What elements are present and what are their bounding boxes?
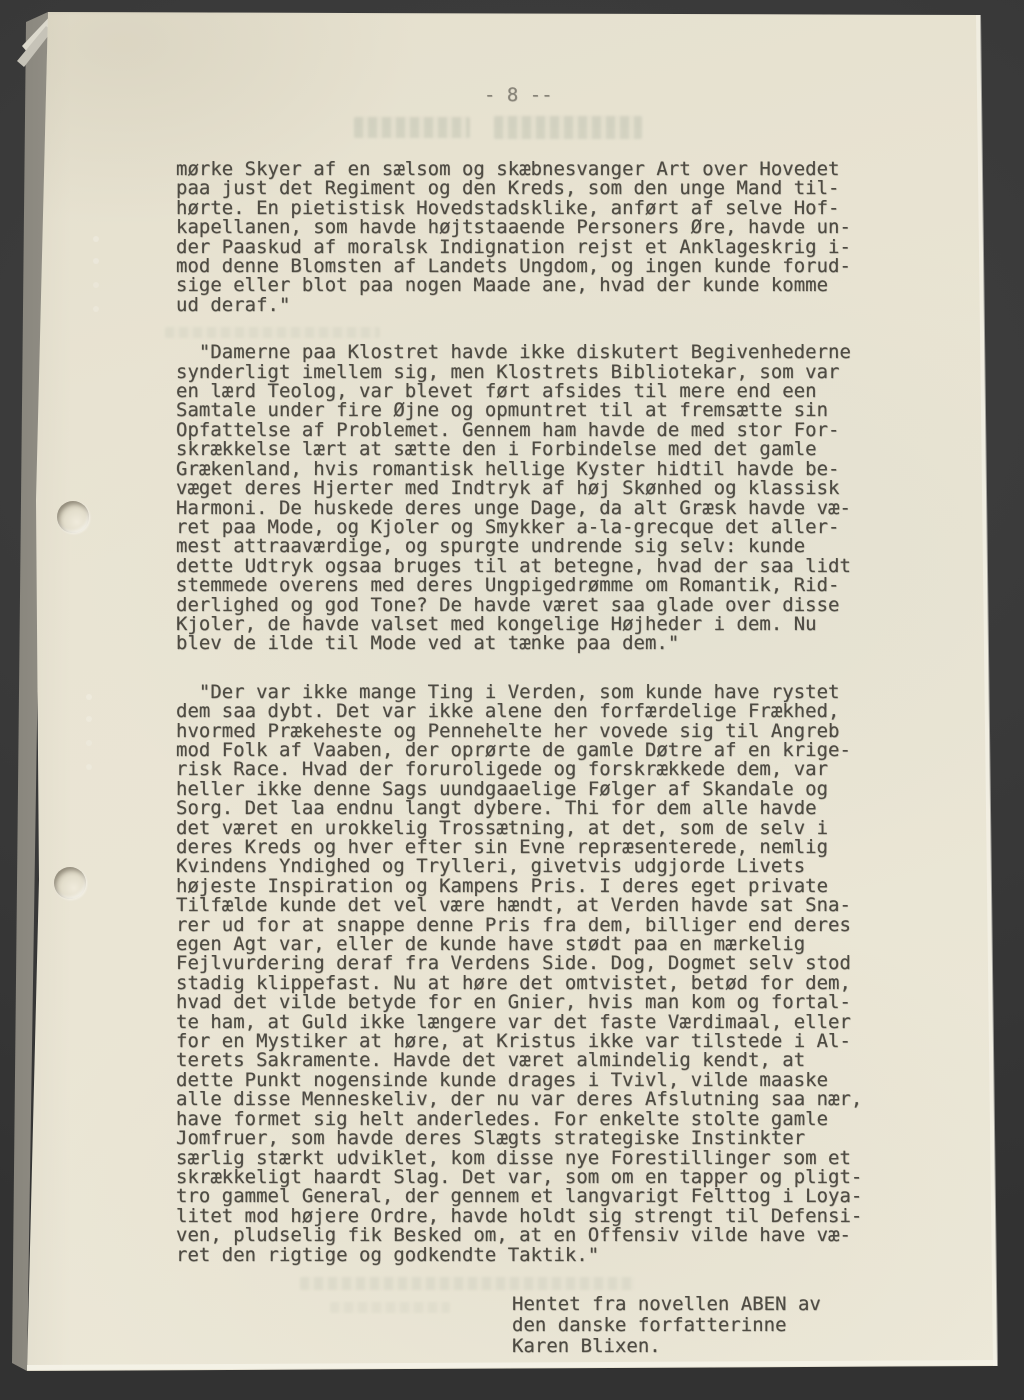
punch-hole-top — [57, 501, 89, 533]
text-line: alle disse Menneskeliv, der nu var deres… — [176, 1090, 862, 1109]
text-line: ven, pludselig fik Besked om, at en Offe… — [176, 1226, 862, 1245]
attribution: Hentet fra novellen ABEN avden danske fo… — [512, 1294, 821, 1357]
text-line: Harmoni. De huskede deres unge Dage, da … — [176, 499, 862, 518]
text-line: hvad det vilde betyde for en Gnier, hvis… — [176, 993, 862, 1012]
punch-hole-bottom — [54, 867, 86, 899]
text-line: Jomfruer, som havde deres Slægts strateg… — [176, 1129, 862, 1148]
text-line: skrækkelse lært at sætte den i Forbindel… — [176, 440, 862, 459]
text-line: Sorg. Det laa endnu langt dybere. Thi fo… — [176, 799, 862, 818]
bleedthrough-heading-right — [494, 116, 642, 139]
page-number: - 8 -- — [484, 85, 553, 105]
text-line: ret den rigtige og godkendte Taktik." — [176, 1246, 862, 1265]
emboss-marks-upper — [93, 236, 99, 242]
text-line: mest attraaværdige, og spurgte undrende … — [176, 537, 862, 556]
text-line: risk Race. Hvad der foruroligede og fors… — [176, 760, 862, 779]
text-line: Kvindens Yndighed og Trylleri, givetvis … — [176, 857, 862, 876]
bleedthrough-heading-left — [354, 117, 470, 138]
text-line: den danske forfatterinne — [512, 1315, 821, 1336]
text-line: stemmede overens med deres Ungpigedrømme… — [176, 576, 862, 595]
text-line: paa just det Regiment og den Kreds, som … — [176, 179, 862, 198]
text-line: kapellanen, som havde højtstaaende Perso… — [176, 218, 862, 237]
text-line: Hentet fra novellen ABEN av — [512, 1294, 821, 1315]
typewritten-page: - 8 -- mørke Skyer af en sælsom og skæbn… — [0, 0, 1024, 1400]
paragraph: "Der var ikke mange Ting i Verden, som k… — [176, 683, 862, 1265]
text-line: "Damerne paa Klostret havde ikke diskute… — [176, 343, 862, 362]
text-line: tro gammel General, der gennem et langva… — [176, 1187, 862, 1206]
paragraph: mørke Skyer af en sælsom og skæbnesvange… — [176, 160, 862, 315]
text-line: sige eller blot paa nogen Maade ane, hva… — [176, 276, 862, 295]
body-text: mørke Skyer af en sælsom og skæbnesvange… — [176, 160, 862, 1265]
bleedthrough-line-lower-2 — [330, 1302, 450, 1313]
bleedthrough-line-lower — [300, 1277, 635, 1290]
text-line: væget deres Hjerter med Indtryk af høj S… — [176, 479, 862, 498]
text-line: særlig stærkt udviklet, kom disse nye Fo… — [176, 1149, 862, 1168]
text-line: ud deraf." — [176, 296, 862, 315]
text-line: Karen Blixen. — [512, 1336, 821, 1357]
emboss-marks-lower — [86, 694, 92, 700]
text-line: terets Sakramente. Havde det været almin… — [176, 1051, 862, 1070]
text-line: blev de ilde til Mode ved at tænke paa d… — [176, 634, 862, 653]
text-line: Tilfælde kunde det vel være hændt, at Ve… — [176, 896, 862, 915]
text-line: dem saa dybt. Det var ikke alene den for… — [176, 702, 862, 721]
document-photo: - 8 -- mørke Skyer af en sælsom og skæbn… — [0, 0, 1024, 1400]
text-line: Samtale under fire Øjne og opmuntret til… — [176, 401, 862, 420]
text-line: Fejlvurdering deraf fra Verdens Side. Do… — [176, 954, 862, 973]
paragraph: "Damerne paa Klostret havde ikke diskute… — [176, 343, 862, 654]
